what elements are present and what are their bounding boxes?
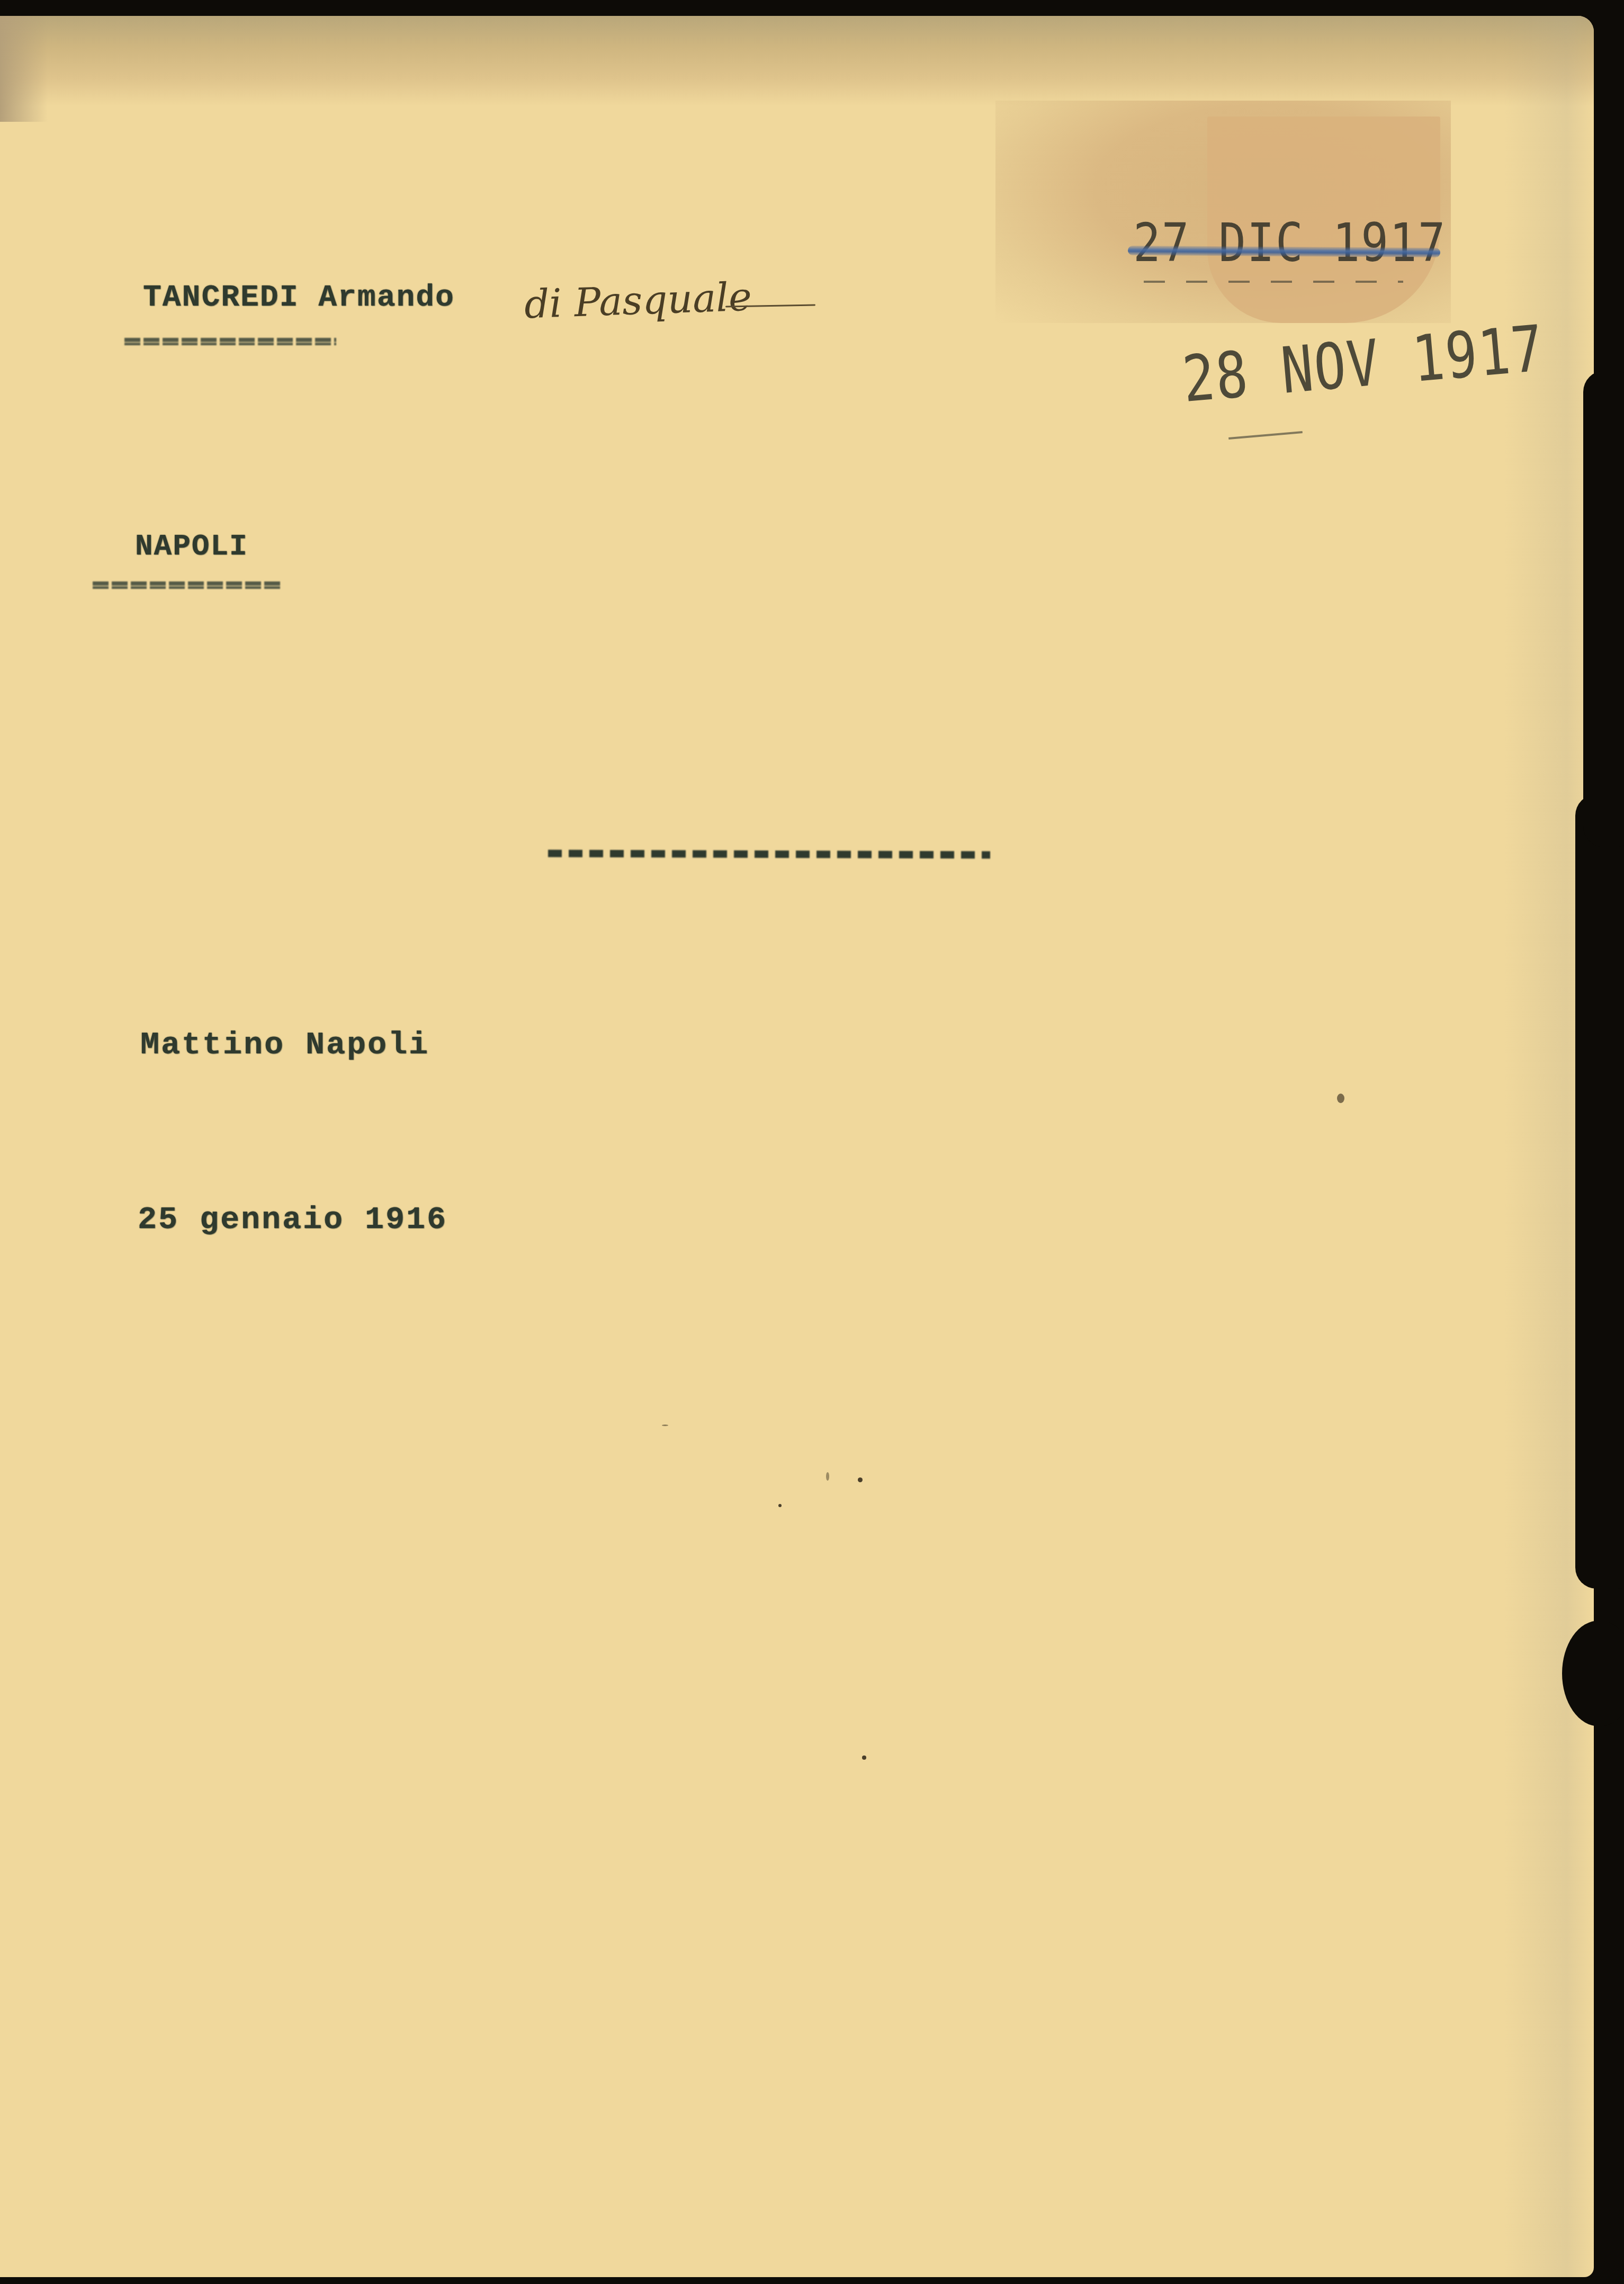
city: NAPOLI (135, 530, 248, 563)
date-stamp: 28 NOV 1917 (1180, 311, 1547, 417)
torn-edge (1583, 371, 1624, 847)
date-stamp-struck: 27 DIC 1917 (1133, 213, 1447, 274)
name-underline (124, 338, 336, 345)
index-card: TANCREDI Armando di Pasquale NAPOLI Matt… (0, 16, 1594, 2277)
ink-speck (1337, 1094, 1344, 1103)
person-name: TANCREDI Armando (143, 281, 455, 315)
city-underline (93, 581, 283, 589)
stamp-underline-marks (1144, 281, 1403, 283)
ink-speck (662, 1425, 668, 1426)
ink-speck (858, 1477, 863, 1482)
handwritten-note: di Pasquale (524, 274, 752, 328)
ink-speck (826, 1472, 829, 1481)
newspaper-source: Mattino Napoli (140, 1027, 429, 1063)
stamp-underline-marks (1228, 431, 1303, 440)
torn-edge (1575, 794, 1624, 1589)
top-discoloration (0, 16, 1594, 106)
ink-speck (862, 1755, 866, 1760)
corner-discoloration (0, 16, 48, 122)
separator-line (548, 850, 990, 859)
ink-speck (778, 1504, 782, 1507)
publication-date: 25 gennaio 1916 (138, 1202, 447, 1238)
